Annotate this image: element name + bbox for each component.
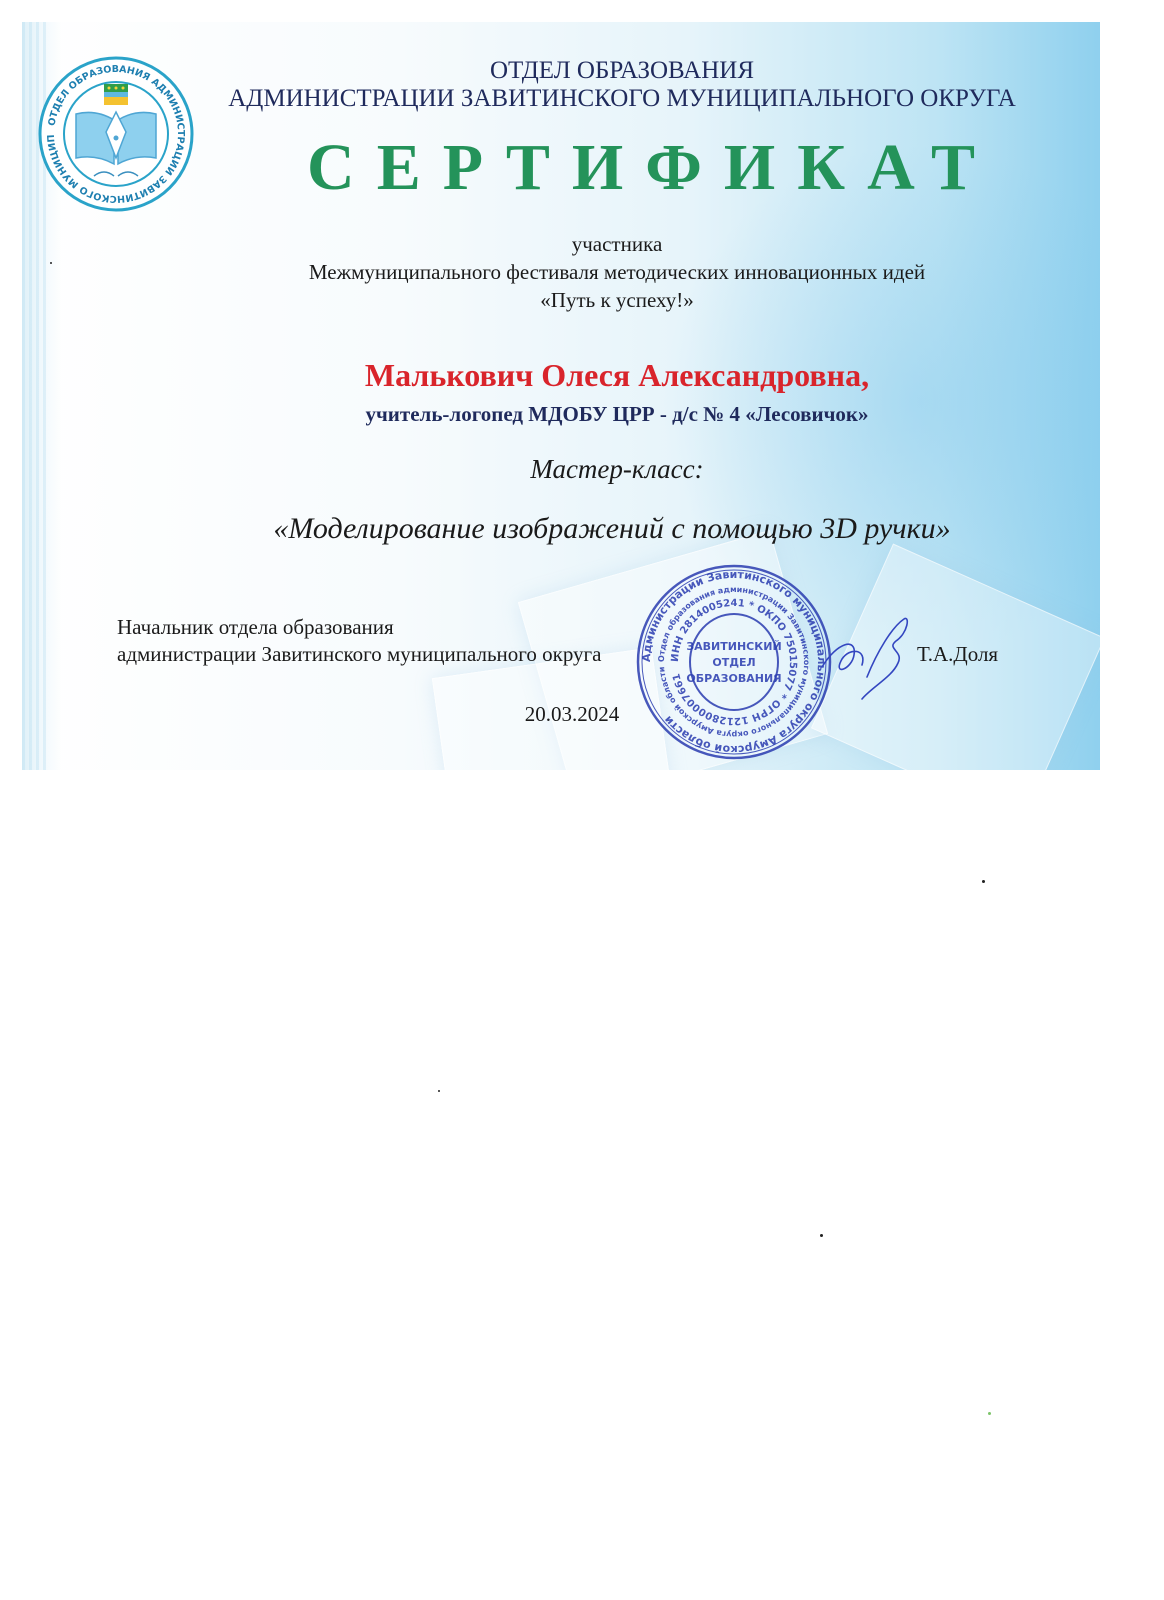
official-seal-icon: Администрации Завитинского муниципальног… xyxy=(634,562,834,762)
subtitle-festival: Межмуниципального фестиваля методических… xyxy=(182,260,1052,285)
department-line-1: ОТДЕЛ ОБРАЗОВАНИЯ xyxy=(122,57,1100,85)
subtitle-festival-name: «Путь к успеху!» xyxy=(182,288,1052,313)
svg-text:ЗАВИТИНСКИЙ: ЗАВИТИНСКИЙ xyxy=(686,640,781,653)
scan-speck xyxy=(820,1234,823,1237)
scan-speck xyxy=(438,1090,440,1092)
svg-text:ОТДЕЛ: ОТДЕЛ xyxy=(712,656,755,669)
signatory-title-line-2: администрации Завитинского муниципальног… xyxy=(117,642,601,667)
certificate: ОТДЕЛ ОБРАЗОВАНИЯ АДМИНИСТРАЦИИ ЗАВИТИНС… xyxy=(22,22,1100,770)
scan-speck xyxy=(988,1412,991,1415)
subtitle-participant: участника xyxy=(182,232,1052,257)
scan-speck xyxy=(50,262,52,264)
recipient-position: учитель-логопед МДОБУ ЦРР - д/с № 4 «Лес… xyxy=(182,402,1052,427)
signatory-title-line-1: Начальник отдела образования xyxy=(117,615,394,640)
svg-text:ОБРАЗОВАНИЯ: ОБРАЗОВАНИЯ xyxy=(686,672,781,685)
certificate-title: СЕРТИФИКАТ xyxy=(182,130,1100,206)
handwritten-signature xyxy=(812,607,922,707)
masterclass-title: «Моделирование изображений с помощью 3D … xyxy=(172,512,1052,546)
signatory-name: Т.А.Доля xyxy=(917,642,998,667)
recipient-name: Малькович Олеся Александровна, xyxy=(182,357,1052,394)
masterclass-label: Мастер-класс: xyxy=(182,454,1052,485)
scan-speck xyxy=(982,880,985,883)
department-line-2: АДМИНИСТРАЦИИ ЗАВИТИНСКОГО МУНИЦИПАЛЬНОГ… xyxy=(62,85,1100,113)
